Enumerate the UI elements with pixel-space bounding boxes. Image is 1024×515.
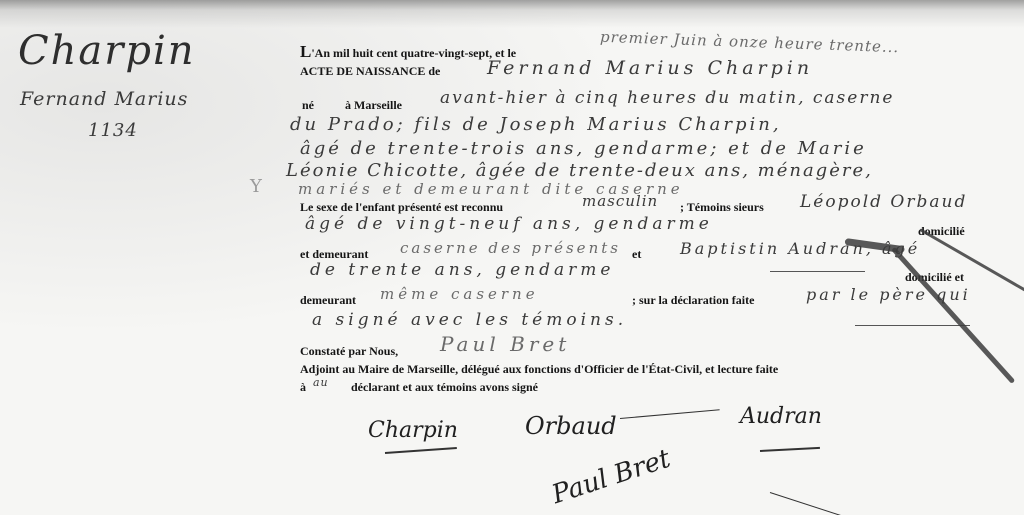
margin-given-names: Fernand Marius: [20, 88, 188, 110]
signature-orbaud: Orbaud: [525, 412, 617, 440]
handwritten-officer-name: Paul Bret: [440, 332, 570, 356]
handwritten-father-details: âgé de trente-trois ans, gendarme; et de…: [300, 138, 867, 159]
handwritten-birth-time: avant-hier à cinq heures du matin, caser…: [440, 88, 894, 108]
printed-witnesses: ; Témoins sieurs: [680, 200, 764, 215]
handwritten-declarant: par le père qui: [806, 285, 971, 304]
handwritten-signed-statement: a signé avec les témoins.: [312, 310, 627, 330]
handwritten-father: du Prado; fils de Joseph Marius Charpin,: [290, 114, 782, 135]
printed-year-line: L'An mil huit cent quatre-vingt-sept, et…: [300, 42, 516, 62]
handwritten-mother: Léonie Chicotte, âgée de trente-deux ans…: [286, 160, 873, 181]
printed-year-text: 'An mil huit cent quatre-vingt-sept, et …: [311, 46, 516, 60]
printed-sex-statement: Le sexe de l'enfant présenté est reconnu: [300, 200, 503, 215]
handwritten-witness-1: Léopold Orbaud: [800, 192, 967, 212]
printed-demeurant: demeurant: [300, 293, 356, 308]
fill-line: [770, 271, 865, 272]
signature-paul-bret: Paul Bret: [548, 444, 674, 510]
signature-flourish-4: [770, 492, 846, 515]
margin-entry-number: 1134: [88, 120, 138, 141]
handwritten-sex: masculin: [582, 192, 658, 210]
margin-surname: Charpin: [18, 28, 196, 74]
handwritten-au: au: [313, 376, 329, 389]
printed-signed-closing: déclarant et aux témoins avons signé: [351, 380, 538, 395]
ink-streak-diagonal: [891, 247, 1015, 384]
signature-flourish-3: [760, 447, 820, 452]
handwritten-witness-1-residence: caserne des présents: [400, 239, 621, 257]
signature-charpin: Charpin: [368, 418, 458, 443]
birth-record-page: Charpin Fernand Marius 1134 Y L'An mil h…: [0, 0, 1024, 515]
handwritten-child-name: Fernand Marius Charpin: [487, 57, 813, 79]
signature-flourish: [385, 447, 457, 454]
printed-adjoint: Adjoint au Maire de Marseille, délégué a…: [300, 362, 778, 377]
fill-line-2: [855, 325, 970, 326]
printed-constate: Constaté par Nous,: [300, 344, 398, 359]
handwritten-date: premier Juin à onze heure trente...: [600, 28, 900, 56]
signature-flourish-2: [620, 409, 720, 419]
printed-a: à: [300, 380, 306, 395]
handwritten-witness-2-residence: même caserne: [380, 285, 539, 303]
drop-cap: L: [300, 42, 311, 61]
check-mark-icon: Y: [250, 176, 263, 197]
handwritten-witness-1-details: âgé de vingt-neuf ans, gendarme: [305, 214, 713, 234]
handwritten-witness-2-details: de trente ans, gendarme: [310, 260, 614, 280]
printed-place: à Marseille: [345, 98, 402, 113]
printed-acte-de-naissance: ACTE DE NAISSANCE de: [300, 64, 440, 79]
printed-ne: né: [302, 98, 314, 113]
signature-audran: Audran: [740, 404, 822, 429]
printed-et: et: [632, 247, 641, 262]
printed-declaration: ; sur la déclaration faite: [632, 293, 754, 308]
